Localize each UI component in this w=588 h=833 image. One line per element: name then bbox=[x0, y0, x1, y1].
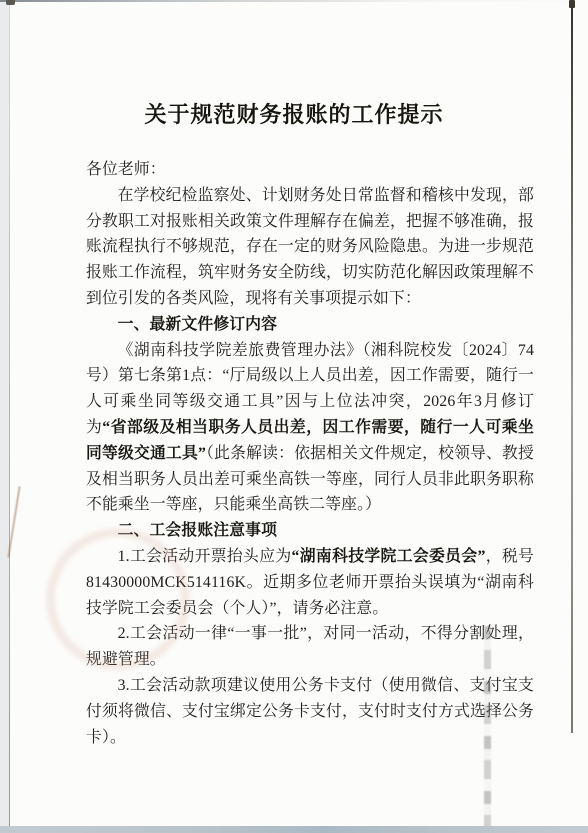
doc-salutation: 各位老师： bbox=[86, 157, 534, 183]
page-edge-right-line bbox=[571, 0, 573, 733]
text-segment-bold: “湖南科技学院工会委员会” bbox=[292, 548, 486, 565]
scan-top-line bbox=[0, 0, 588, 2]
doc-heading: 一、最新文件修订内容 bbox=[86, 312, 534, 338]
doc-paragraph: 《湖南科技学院差旅费管理办法》（湘科院校发〔2024〕74号）第七条第1点：“厅… bbox=[86, 338, 534, 519]
scan-smudge-streak bbox=[484, 626, 491, 833]
page-left-margin bbox=[0, 0, 9, 833]
scanner-bottom-strip bbox=[0, 826, 588, 833]
document-body: 各位老师：在学校纪检监察处、计划财务处日常监督和稽核中发现，部分教职工对报账相关… bbox=[86, 157, 534, 750]
document-title: 关于规范财务报账的工作提示 bbox=[0, 98, 588, 129]
doc-paragraph: 3.工会活动款项建议使用公务卡支付（使用微信、支付宝支付须将微信、支付宝绑定公务… bbox=[86, 673, 534, 750]
page-edge-left-line bbox=[9, 0, 10, 826]
doc-paragraph: 在学校纪检监察处、计划财务处日常监督和稽核中发现，部分教职工对报账相关政策文件理… bbox=[86, 183, 534, 312]
text-segment: 在学校纪检监察处、计划财务处日常监督和稽核中发现，部分教职工对报账相关政策文件理… bbox=[86, 187, 534, 307]
scanned-document-page: 关于规范财务报账的工作提示 各位老师：在学校纪检监察处、计划财务处日常监督和稽核… bbox=[0, 0, 588, 833]
text-segment: 3.工会活动款项建议使用公务卡支付（使用微信、支付宝支付须将微信、支付宝绑定公务… bbox=[86, 677, 534, 746]
faint-stamp-ring bbox=[46, 528, 190, 670]
text-segment: 各位老师： bbox=[86, 161, 166, 178]
text-segment-bold: 一、最新文件修订内容 bbox=[118, 316, 277, 333]
scan-corner-mark bbox=[6, 0, 15, 5]
